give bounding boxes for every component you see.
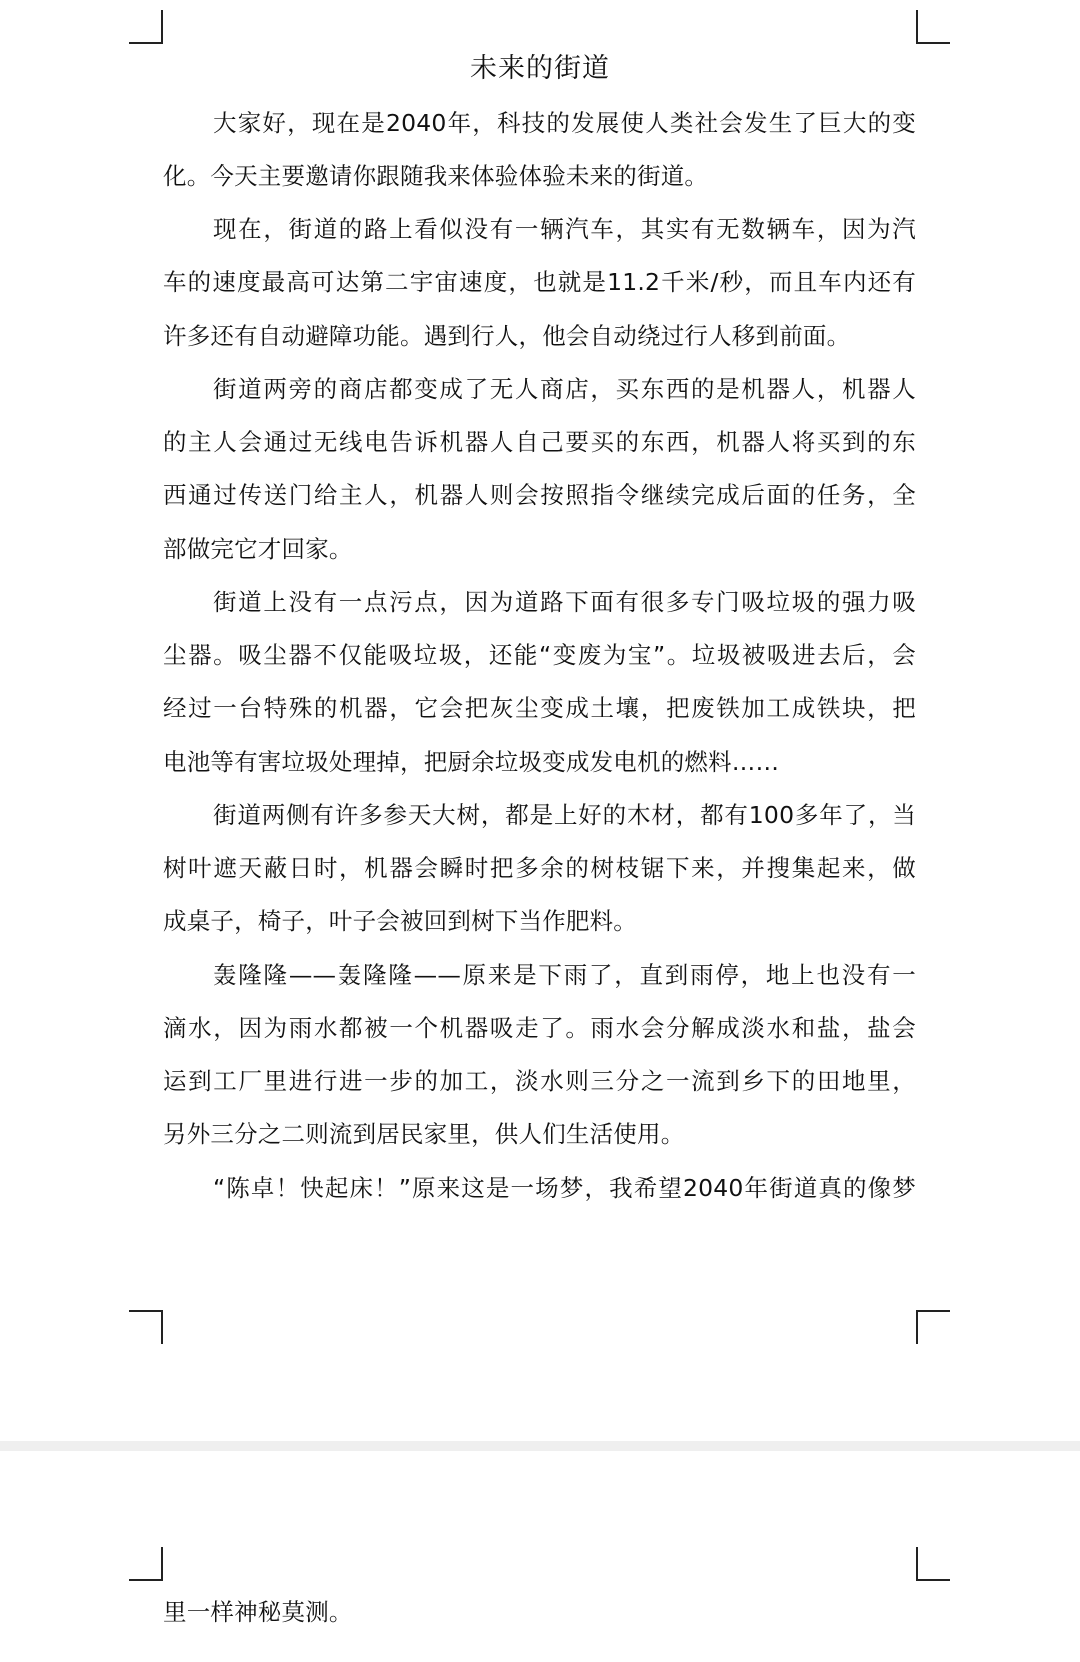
paragraph-5-line-2: 树叶遮天蔽日时，机器会瞬时把多余的树枝锯下来，并搜集起来，做 xyxy=(163,851,916,885)
paragraph-4-line-1: 街道上没有一点污点，因为道路下面有很多专门吸垃圾的强力吸 xyxy=(213,585,916,619)
paragraph-4-line-3: 经过一台特殊的机器，它会把灰尘变成土壤，把废铁加工成铁块，把 xyxy=(163,691,916,725)
paragraph-6-line-1: 轰隆隆——轰隆隆——原来是下雨了，直到雨停，地上也没有一 xyxy=(213,958,916,992)
paragraph-5-line-1: 街道两侧有许多参天大树，都是上好的木材，都有100多年了，当 xyxy=(213,798,916,832)
paragraph-1-line-2: 化。今天主要邀请你跟随我来体验体验未来的街道。 xyxy=(163,159,916,193)
paragraph-1-line-1: 大家好，现在是2040年，科技的发展使人类社会发生了巨大的变 xyxy=(213,106,916,140)
page-break-separator xyxy=(0,1441,1080,1451)
corner-mark-bottom-left-icon xyxy=(129,1310,163,1344)
document-page-2: 里一样神秘莫测。 xyxy=(0,1451,1080,1662)
paragraph-2-line-3: 许多还有自动避障功能。遇到行人，他会自动绕过行人移到前面。 xyxy=(163,319,916,353)
paragraph-2-line-2: 车的速度最高可达第二宇宙速度，也就是11.2千米/秒，而且车内还有 xyxy=(163,265,916,299)
paragraph-3-line-3: 西通过传送门给主人，机器人则会按照指令继续完成后面的任务，全 xyxy=(163,478,916,512)
paragraph-3-line-4: 部做完它才回家。 xyxy=(163,532,916,566)
corner-mark-top-left-icon xyxy=(129,10,163,44)
paragraph-4-line-2: 尘器。吸尘器不仅能吸垃圾，还能“变废为宝”。垃圾被吸进去后，会 xyxy=(163,638,916,672)
paragraph-5-line-3: 成桌子，椅子，叶子会被回到树下当作肥料。 xyxy=(163,904,916,938)
corner-mark-top-left-icon xyxy=(129,1547,163,1581)
paragraph-4-line-4: 电池等有害垃圾处理掉，把厨余垃圾变成发电机的燃料…… xyxy=(163,745,916,779)
paragraph-3-line-1: 街道两旁的商店都变成了无人商店，买东西的是机器人，机器人 xyxy=(213,372,916,406)
document-title: 未来的街道 xyxy=(0,52,1080,86)
paragraph-7-line-1: “陈卓！快起床！”原来这是一场梦，我希望2040年街道真的像梦 xyxy=(213,1171,916,1205)
corner-mark-bottom-right-icon xyxy=(916,1310,950,1344)
corner-mark-top-right-icon xyxy=(916,10,950,44)
paragraph-7-line-2: 里一样神秘莫测。 xyxy=(163,1595,916,1629)
document-page-1: 未来的街道 大家好，现在是2040年，科技的发展使人类社会发生了巨大的变 化。今… xyxy=(0,0,1080,1441)
paragraph-6-line-2: 滴水，因为雨水都被一个机器吸走了。雨水会分解成淡水和盐，盐会 xyxy=(163,1011,916,1045)
corner-mark-top-right-icon xyxy=(916,1547,950,1581)
paragraph-3-line-2: 的主人会通过无线电告诉机器人自己要买的东西，机器人将买到的东 xyxy=(163,425,916,459)
paragraph-6-line-3: 运到工厂里进行进一步的加工，淡水则三分之一流到乡下的田地里， xyxy=(163,1064,916,1098)
paragraph-6-line-4: 另外三分之二则流到居民家里，供人们生活使用。 xyxy=(163,1117,916,1151)
paragraph-2-line-1: 现在，街道的路上看似没有一辆汽车，其实有无数辆车，因为汽 xyxy=(213,212,916,246)
